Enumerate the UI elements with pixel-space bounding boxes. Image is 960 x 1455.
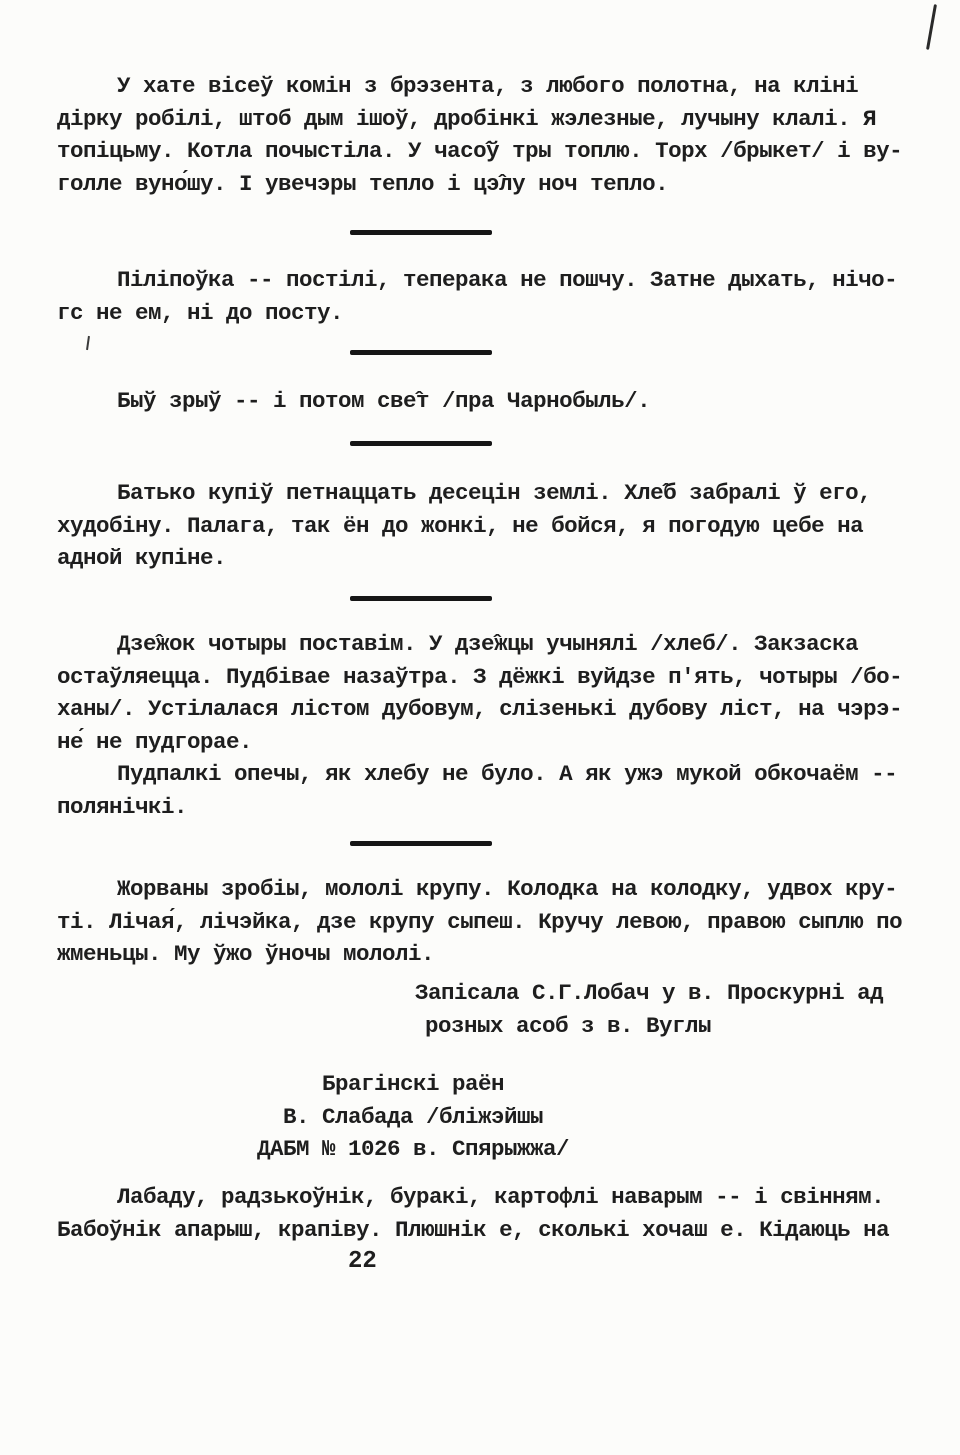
text-line: Запісала С.Г.Лобач у в. Проскурні ад	[415, 977, 935, 1010]
text-line: Батько купіў петнаццать десецін землі. Х…	[57, 477, 917, 510]
text-line: Дзе̂жок чотыры поставім. У дзе̂жцы учыня…	[57, 628, 917, 661]
scanned-typewritten-page: У хате вісеў комін з брэзента, з любого …	[0, 0, 960, 1455]
paragraph-2: Піліпоўка -- постілі, теперака не пошчу.…	[57, 264, 917, 329]
page-number: 22	[348, 1248, 377, 1275]
text-line: Брагінскі раён	[0, 1068, 826, 1101]
text-line: гс не ем, ні до посту.	[57, 297, 917, 330]
attribution: Запісала С.Г.Лобач у в. Проскурні ад роз…	[415, 977, 935, 1042]
text-line: Жорваны зробіы, мололі крупу. Колодка на…	[57, 873, 917, 906]
section-divider	[350, 596, 492, 601]
text-line: Піліпоўка -- постілі, теперака не пошчу.…	[57, 264, 917, 297]
text-line: топіцьму. Котла почыстіла. У часо̂ў тры …	[57, 135, 917, 168]
text-line: полянічкі.	[57, 791, 917, 824]
ink-mark	[86, 336, 90, 350]
paragraph-3: Быў зрыў -- і потом све̂т /пра Чарнобыль…	[57, 385, 917, 418]
text-line: не́ не пудгорае.	[57, 726, 917, 759]
section-divider	[350, 841, 492, 846]
text-line: Быў зрыў -- і потом све̂т /пра Чарнобыль…	[57, 385, 917, 418]
text-line: ті. Лічая́, лічэйка, дзе крупу сыпеш. Кр…	[57, 906, 917, 939]
text-line: Бабоўнік апарыш, крапіву. Плюшнік е, ско…	[57, 1214, 917, 1247]
paragraph-6: Жорваны зробіы, мололі крупу. Колодка на…	[57, 873, 917, 971]
text-line: остаўляецца. Пудбівае назаўтра. З дёжкі …	[57, 661, 917, 694]
text-line: ДАБМ № 1026 в. Спярыжжа/	[0, 1133, 826, 1166]
paragraph-4: Батько купіў петнаццать десецін землі. Х…	[57, 477, 917, 575]
text-line: розных асоб з в. Вуглы	[415, 1010, 935, 1043]
text-line: ханы/. Устілалася лістом дубовум, слізен…	[57, 693, 917, 726]
text-line: У хате вісеў комін з брэзента, з любого …	[57, 70, 917, 103]
section-divider	[350, 350, 492, 355]
text-line: дірку робілі, штоб дым ішоў, дробінкі жэ…	[57, 103, 917, 136]
text-line: Пудпалкі опечы, як хлебу не було. А як у…	[57, 758, 917, 791]
ink-mark	[926, 4, 937, 50]
location-heading: Брагінскі раён В. Слабада /бліжэйшы ДАБМ…	[0, 1068, 826, 1166]
section-divider	[350, 441, 492, 446]
section-divider	[350, 230, 492, 235]
paragraph-5: Дзе̂жок чотыры поставім. У дзе̂жцы учыня…	[57, 628, 917, 823]
text-line: Лабаду, радзькоўнік, буракі, картофлі на…	[57, 1181, 917, 1214]
text-line: В. Слабада /бліжэйшы	[0, 1101, 826, 1134]
paragraph-7: Лабаду, радзькоўнік, буракі, картофлі на…	[57, 1181, 917, 1246]
text-line: адной купіне.	[57, 542, 917, 575]
paragraph-1: У хате вісеў комін з брэзента, з любого …	[57, 70, 917, 200]
text-line: жменьцы. Му ўжо ўночы мололі.	[57, 938, 917, 971]
text-line: голле вуно́шу. І увечэры тепло і цэ̂лу н…	[57, 168, 917, 201]
text-line: худобіну. Палага, так ён до жонкі, не бо…	[57, 510, 917, 543]
